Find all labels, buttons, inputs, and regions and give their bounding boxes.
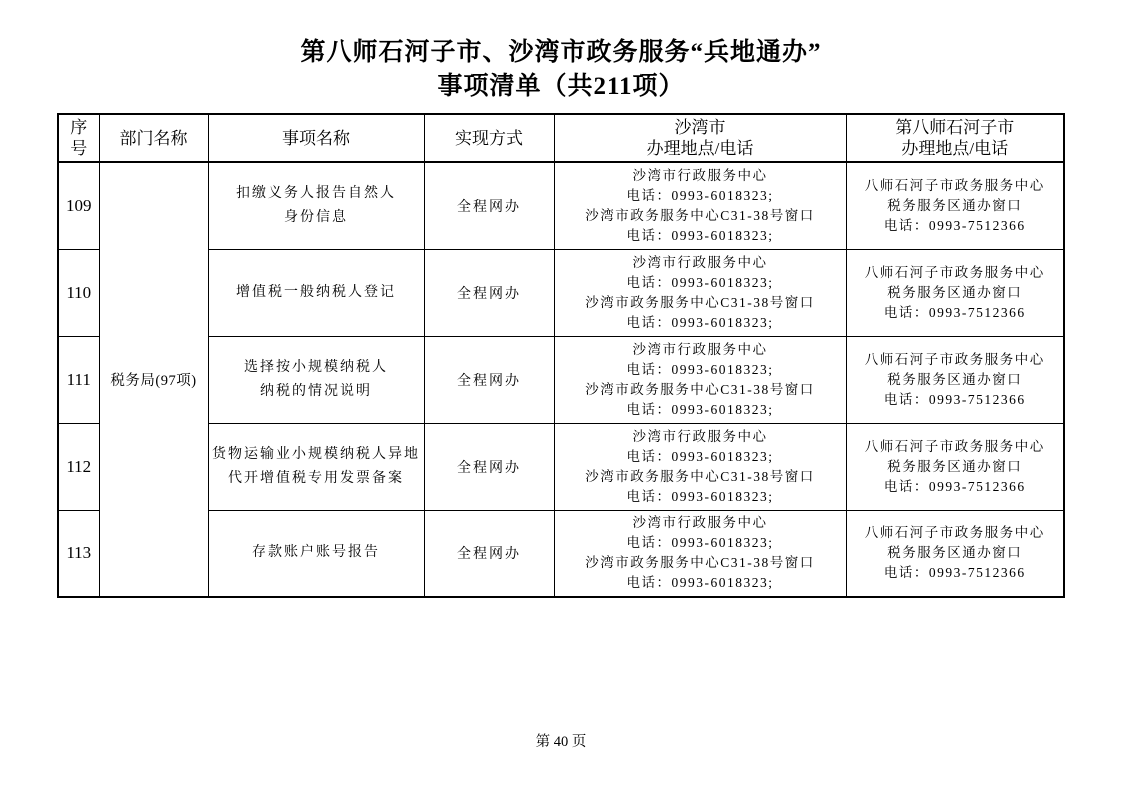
header-item-name: 事项名称	[208, 114, 424, 162]
method-cell: 全程网办	[424, 249, 554, 336]
seq-cell: 113	[58, 510, 99, 597]
header-department: 部门名称	[99, 114, 208, 162]
item-name-cell: 增值税一般纳税人登记	[208, 249, 424, 336]
method-cell: 全程网办	[424, 162, 554, 249]
item-name-cell: 货物运输业小规模纳税人异地 代开增值税专用发票备案	[208, 423, 424, 510]
shihezi-contact-cell: 八师石河子市政务服务中心 税务服务区通办窗口 电话：0993-7512366	[846, 336, 1064, 423]
service-items-table: 序号 部门名称 事项名称 实现方式 沙湾市 办理地点/电话 第八师石河子市 办理…	[57, 113, 1065, 598]
header-shihezi-contact: 第八师石河子市 办理地点/电话	[846, 114, 1064, 162]
shihezi-contact-cell: 八师石河子市政务服务中心 税务服务区通办窗口 电话：0993-7512366	[846, 162, 1064, 249]
shawan-contact-cell: 沙湾市行政服务中心 电话：0993-6018323; 沙湾市政务服务中心C31-…	[554, 336, 846, 423]
page-number: 第 40 页	[0, 730, 1122, 751]
header-seq: 序号	[58, 114, 99, 162]
shihezi-contact-cell: 八师石河子市政务服务中心 税务服务区通办窗口 电话：0993-7512366	[846, 249, 1064, 336]
department-cell: 税务局(97项)	[99, 162, 208, 597]
shawan-contact-cell: 沙湾市行政服务中心 电话：0993-6018323; 沙湾市政务服务中心C31-…	[554, 249, 846, 336]
item-name-cell: 扣缴义务人报告自然人 身份信息	[208, 162, 424, 249]
table-row: 109 税务局(97项) 扣缴义务人报告自然人 身份信息 全程网办 沙湾市行政服…	[58, 162, 1064, 249]
document-page: 第八师石河子市、沙湾市政务服务“兵地通办” 事项清单（共211项） 序号 部门名…	[0, 0, 1122, 793]
seq-cell: 112	[58, 423, 99, 510]
title-line-2: 事项清单（共211项）	[0, 70, 1122, 104]
item-name-cell: 存款账户账号报告	[208, 510, 424, 597]
seq-cell: 110	[58, 249, 99, 336]
title-line-1: 第八师石河子市、沙湾市政务服务“兵地通办”	[0, 36, 1122, 70]
shihezi-contact-cell: 八师石河子市政务服务中心 税务服务区通办窗口 电话：0993-7512366	[846, 423, 1064, 510]
table-header-row: 序号 部门名称 事项名称 实现方式 沙湾市 办理地点/电话 第八师石河子市 办理…	[58, 114, 1064, 162]
shawan-contact-cell: 沙湾市行政服务中心 电话：0993-6018323; 沙湾市政务服务中心C31-…	[554, 162, 846, 249]
seq-cell: 111	[58, 336, 99, 423]
shihezi-contact-cell: 八师石河子市政务服务中心 税务服务区通办窗口 电话：0993-7512366	[846, 510, 1064, 597]
shawan-contact-cell: 沙湾市行政服务中心 电话：0993-6018323; 沙湾市政务服务中心C31-…	[554, 510, 846, 597]
header-shawan-contact: 沙湾市 办理地点/电话	[554, 114, 846, 162]
method-cell: 全程网办	[424, 423, 554, 510]
method-cell: 全程网办	[424, 336, 554, 423]
document-title: 第八师石河子市、沙湾市政务服务“兵地通办” 事项清单（共211项）	[0, 0, 1122, 104]
shawan-contact-cell: 沙湾市行政服务中心 电话：0993-6018323; 沙湾市政务服务中心C31-…	[554, 423, 846, 510]
method-cell: 全程网办	[424, 510, 554, 597]
header-method: 实现方式	[424, 114, 554, 162]
table-row: 110 增值税一般纳税人登记 全程网办 沙湾市行政服务中心 电话：0993-60…	[58, 249, 1064, 336]
seq-cell: 109	[58, 162, 99, 249]
table-row: 111 选择按小规模纳税人 纳税的情况说明 全程网办 沙湾市行政服务中心 电话：…	[58, 336, 1064, 423]
table-row: 113 存款账户账号报告 全程网办 沙湾市行政服务中心 电话：0993-6018…	[58, 510, 1064, 597]
item-name-cell: 选择按小规模纳税人 纳税的情况说明	[208, 336, 424, 423]
table-row: 112 货物运输业小规模纳税人异地 代开增值税专用发票备案 全程网办 沙湾市行政…	[58, 423, 1064, 510]
